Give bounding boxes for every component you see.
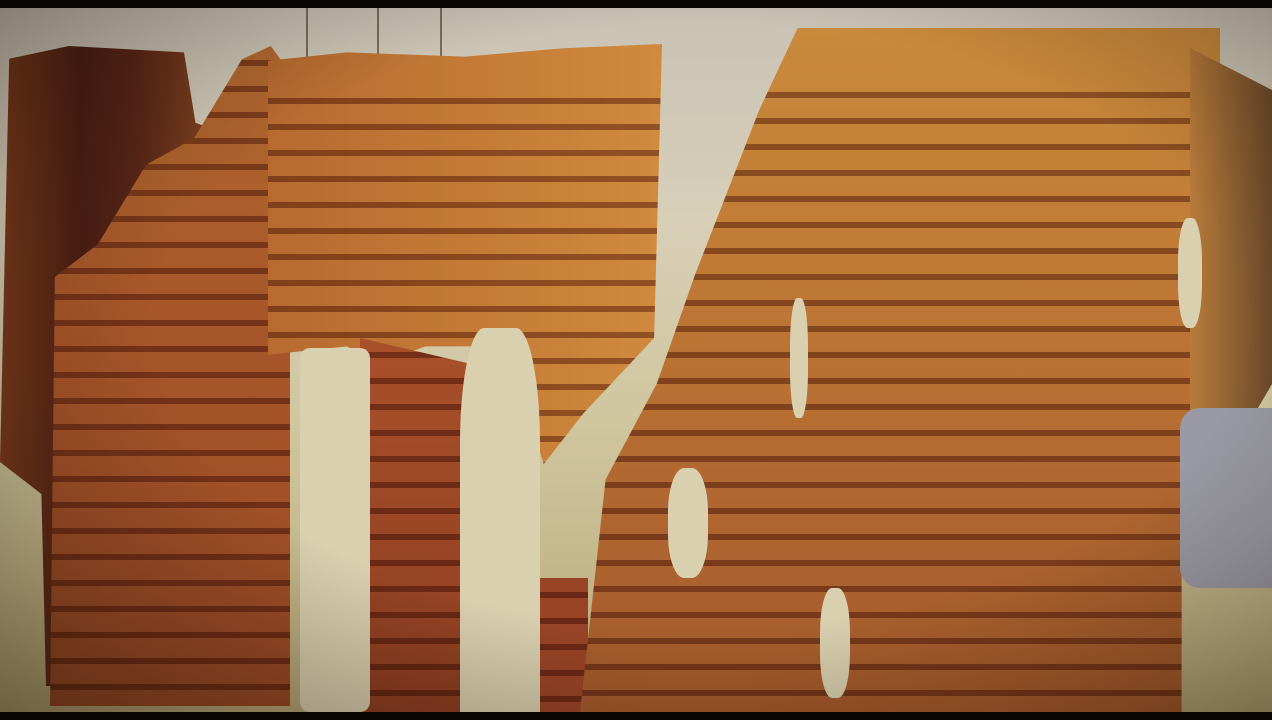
- thread: [306, 8, 308, 58]
- letterbox-bottom: [0, 712, 1272, 720]
- thread: [440, 8, 442, 58]
- gap: [820, 588, 850, 698]
- gap: [668, 468, 708, 578]
- right-large-fragment: [580, 28, 1220, 712]
- photo-frame: [0, 8, 1272, 712]
- gap: [460, 328, 540, 712]
- gap: [300, 348, 370, 712]
- gap: [1178, 218, 1202, 328]
- right-edge-fragment: [1190, 48, 1272, 468]
- gap: [790, 298, 808, 418]
- letterbox-top: [0, 0, 1272, 8]
- gap: [1180, 408, 1272, 588]
